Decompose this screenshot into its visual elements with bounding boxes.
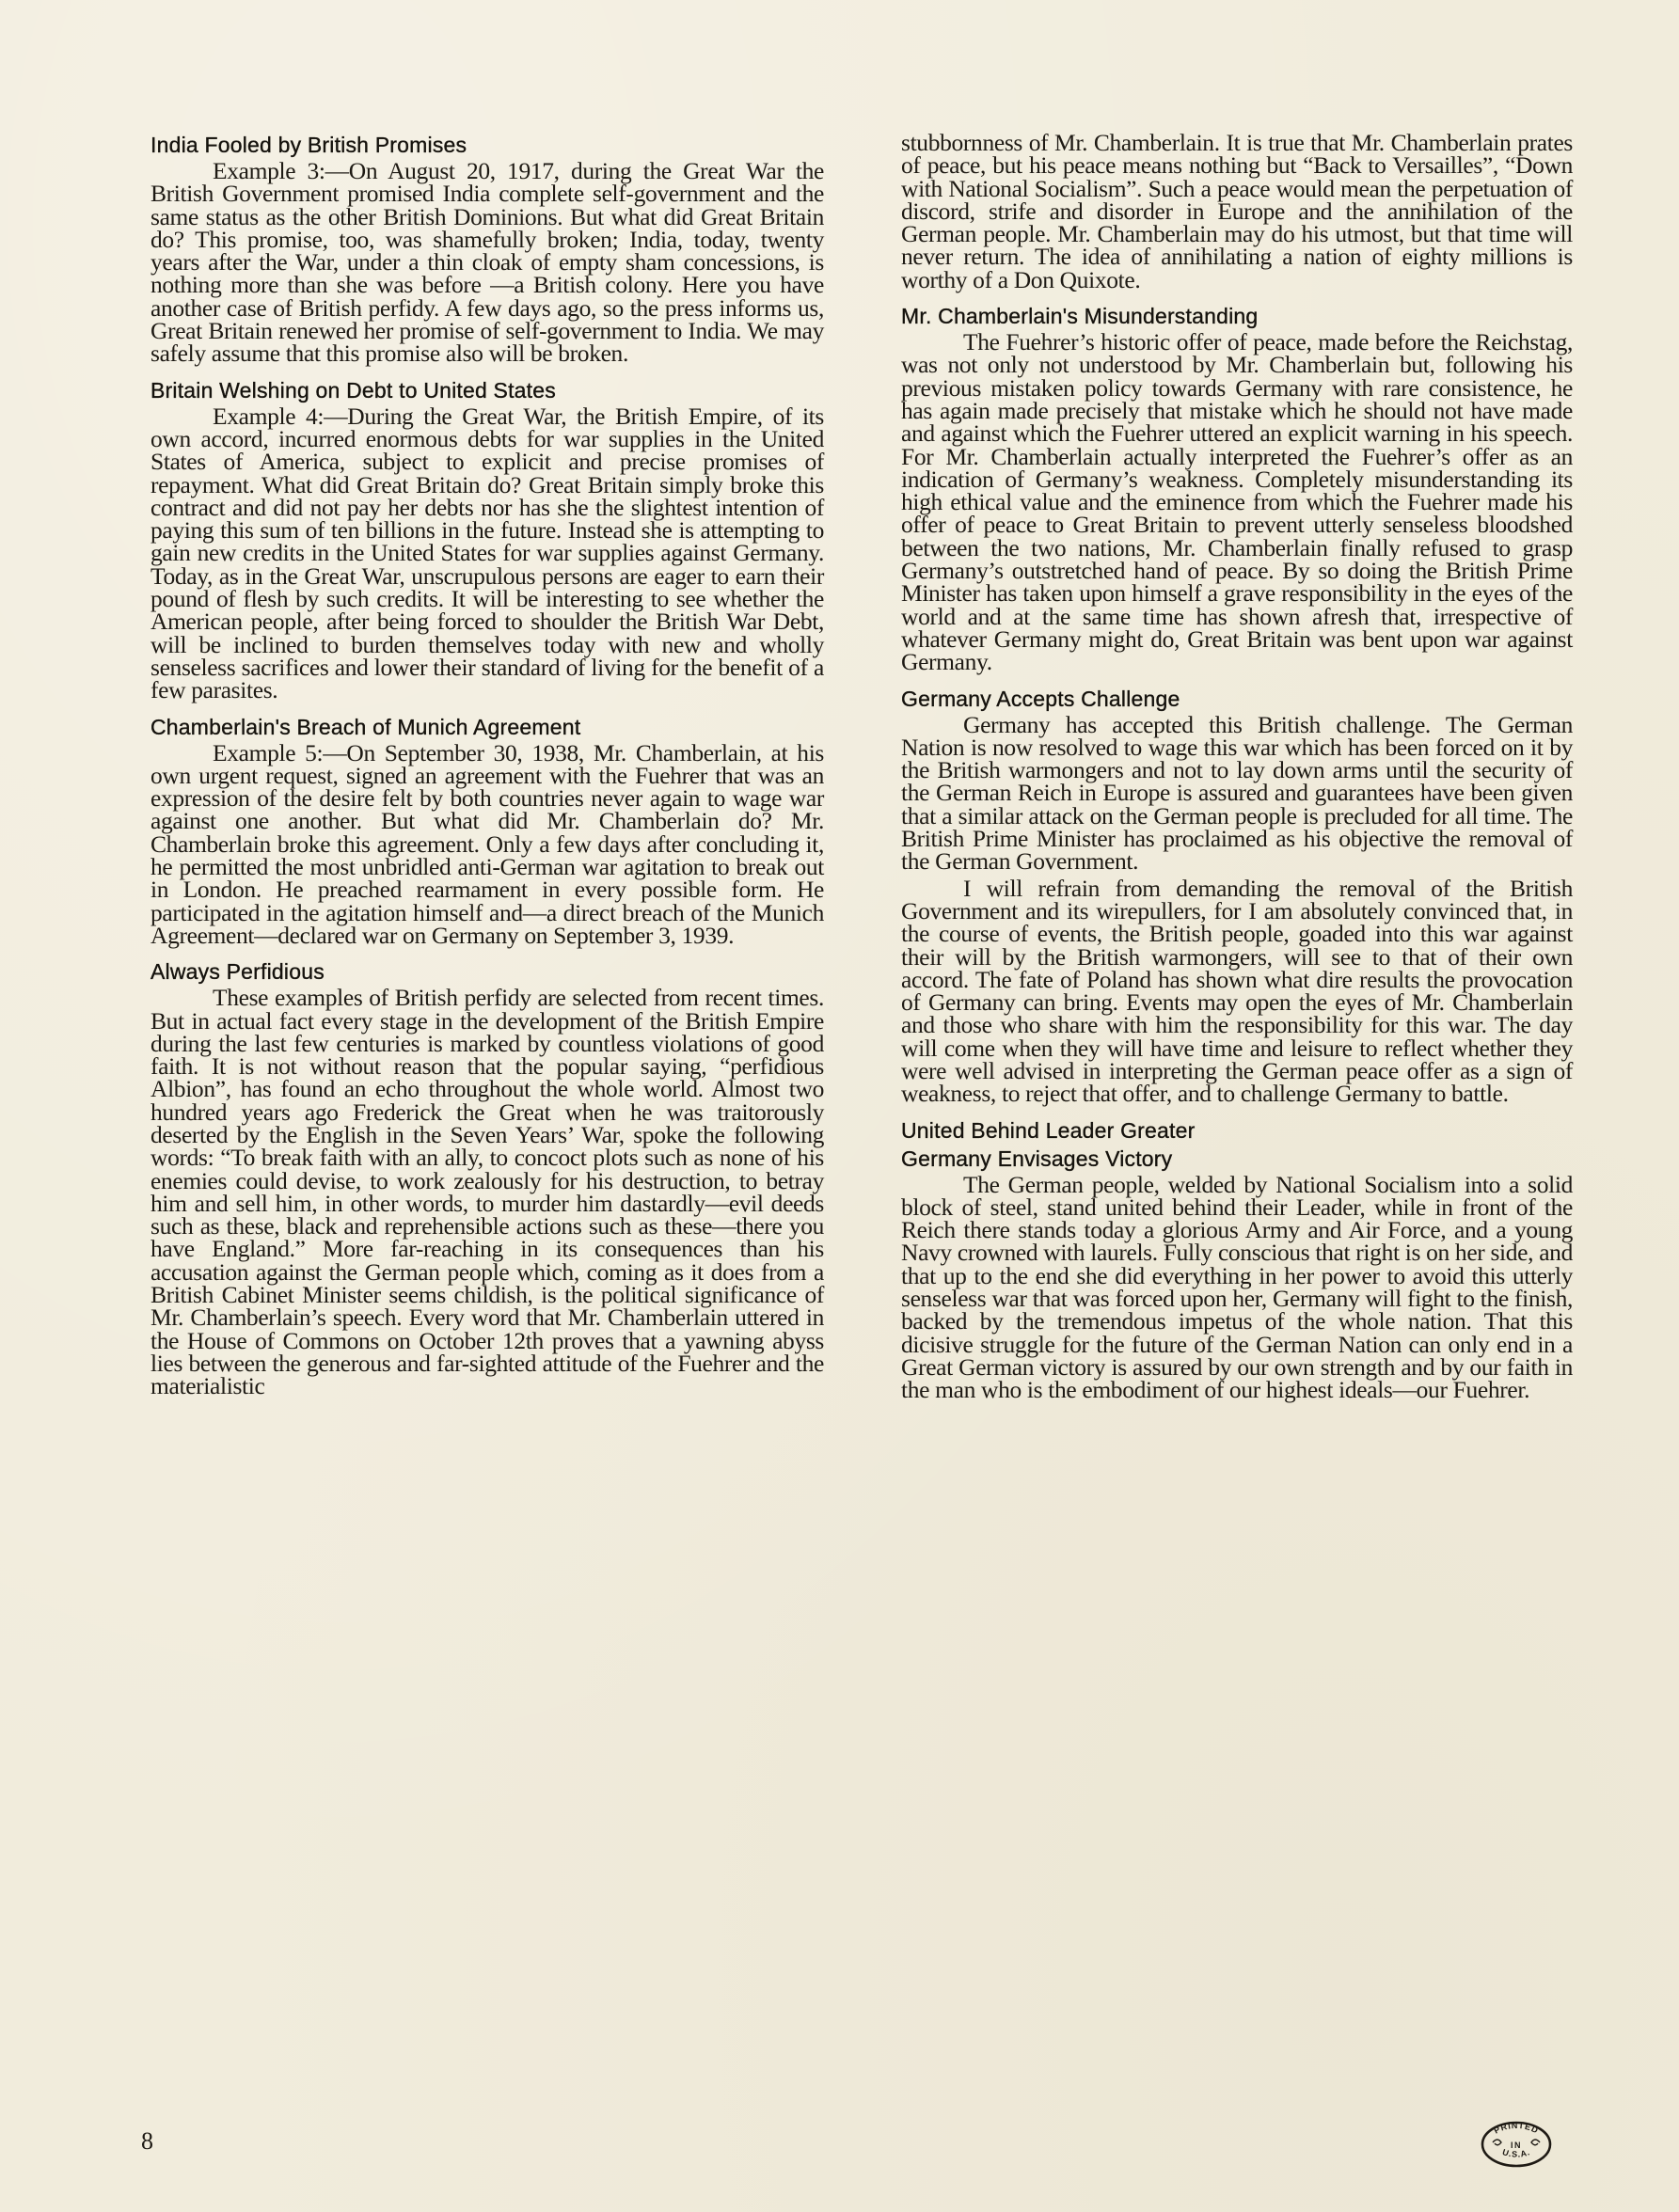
paragraph-example-4: Example 4:—During the Great War, the Bri… — [150, 405, 824, 703]
section-heading-challenge: Germany Accepts Challenge — [901, 686, 1573, 712]
paragraph-example-5: Example 5:—On September 30, 1938, Mr. Ch… — [150, 742, 824, 948]
paragraph-example-3: Example 3:—On August 20, 1917, during th… — [150, 160, 824, 366]
right-column: stubbornness of Mr. Chamberlain. It is t… — [901, 132, 1573, 1402]
section-heading-united-line2: Germany Envisages Victory — [901, 1145, 1573, 1172]
document-page: India Fooled by British Promises Example… — [0, 0, 1679, 2212]
stamp-line2: IN — [1511, 2141, 1522, 2150]
section-heading-united-line1: United Behind Leader Greater — [901, 1117, 1573, 1144]
paragraph-victory: The German people, welded by National So… — [901, 1174, 1573, 1402]
paragraph-continuation: stubbornness of Mr. Chamberlain. It is t… — [901, 132, 1573, 292]
section-heading-debt: Britain Welshing on Debt to United State… — [150, 377, 824, 403]
printed-in-usa-stamp-icon: PRINTED IN U.S.A. — [1480, 2120, 1553, 2169]
paragraph-challenge-1: Germany has accepted this British challe… — [901, 714, 1573, 874]
page-number: 8 — [141, 2127, 153, 2156]
section-heading-india: India Fooled by British Promises — [150, 132, 824, 158]
paragraph-challenge-2: I will refrain from demanding the remova… — [901, 877, 1573, 1106]
svg-text:PRINTED: PRINTED — [1493, 2121, 1541, 2136]
paragraph-perfidious: These examples of British perfidy are se… — [150, 987, 824, 1398]
paragraph-misunderstanding: The Fuehrer’s historic offer of peace, m… — [901, 331, 1573, 673]
section-heading-misunderstanding: Mr. Chamberlain's Misunderstanding — [901, 303, 1573, 329]
stamp-line1: PRINTED — [1493, 2121, 1541, 2136]
left-column: India Fooled by British Promises Example… — [150, 132, 824, 1398]
section-heading-perfidious: Always Perfidious — [150, 958, 824, 985]
section-heading-munich: Chamberlain's Breach of Munich Agreement — [150, 714, 824, 740]
